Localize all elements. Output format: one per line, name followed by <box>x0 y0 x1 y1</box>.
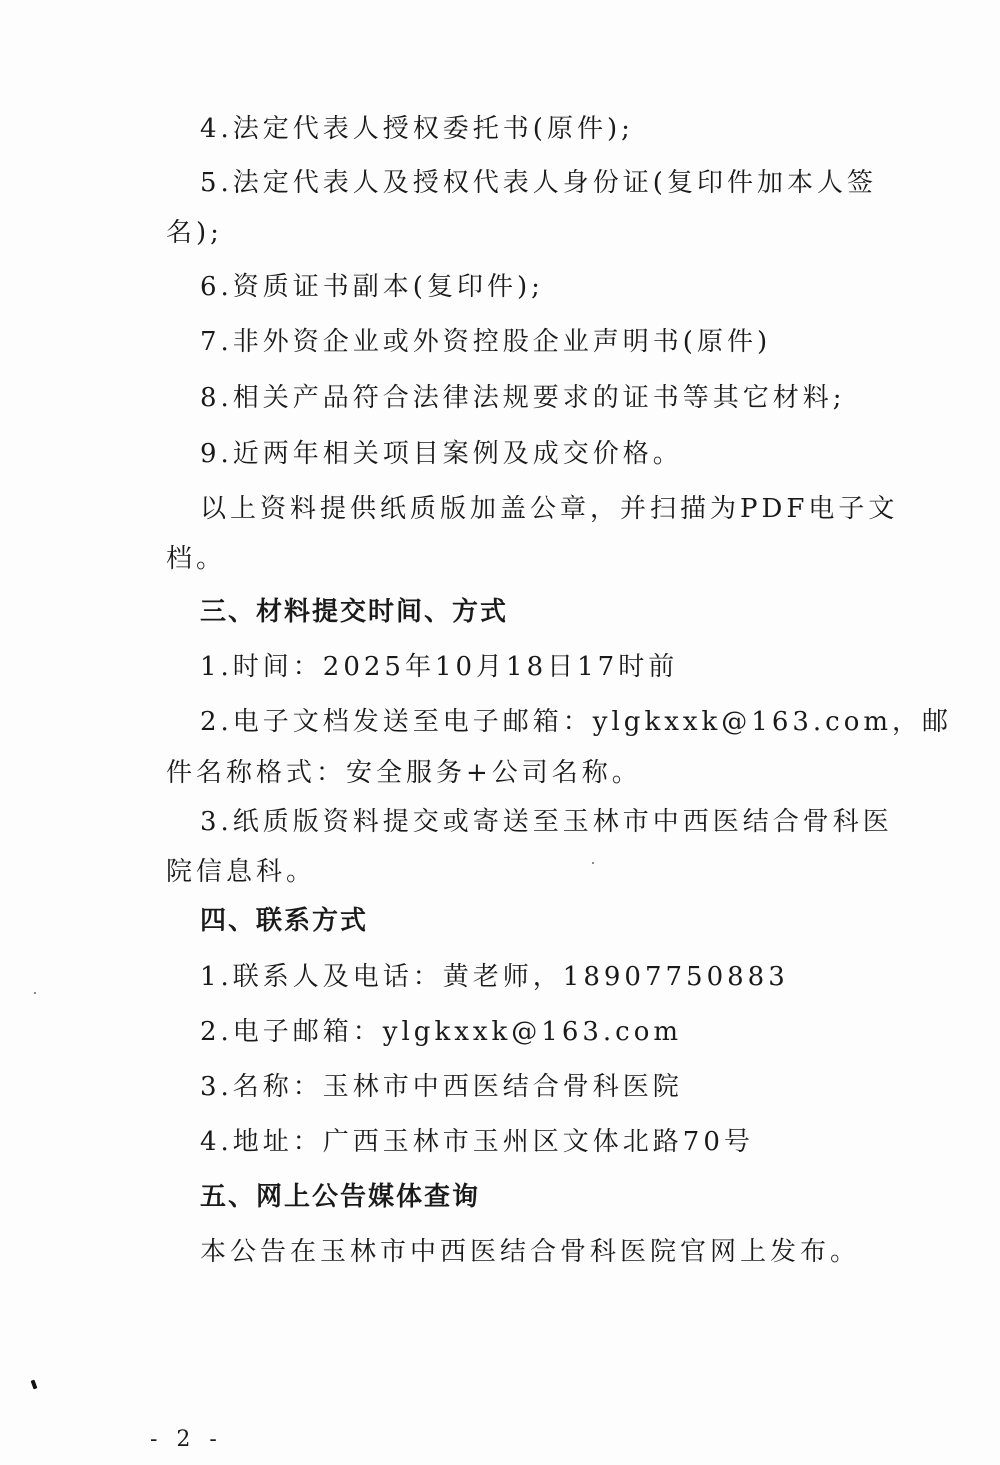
scan-artifact <box>31 1380 38 1390</box>
list-item-8: 8.相关产品符合法律法规要求的证书等其它材料; <box>200 381 846 415</box>
section-3-item-1: 1.时间：2025年10月18日17时前 <box>200 650 678 684</box>
section-4-item-2: 2.电子邮箱：ylgkxxk@163.com <box>200 1015 682 1049</box>
section-3-item-2-cont: 件名称格式：安全服务+公司名称。 <box>166 756 642 790</box>
section-5-body: 本公告在玉林市中西医结合骨科医院官网上发布。 <box>200 1235 860 1269</box>
list-item-5: 5.法定代表人及授权代表人身份证(复印件加本人签 <box>200 166 877 200</box>
section-3-heading: 三、材料提交时间、方式 <box>200 595 508 629</box>
section-4-item-3: 3.名称：玉林市中西医结合骨科医院 <box>200 1070 683 1104</box>
list-item-9: 9.近两年相关项目案例及成交价格。 <box>200 437 683 471</box>
section-3-item-3: 3.纸质版资料提交或寄送至玉林市中西医结合骨科医 <box>200 805 893 839</box>
page-number: - 2 - <box>150 1425 223 1455</box>
note-paragraph: 以上资料提供纸质版加盖公章，并扫描为PDF电子文 <box>200 492 898 526</box>
scan-artifact-dot <box>34 992 36 994</box>
list-item-7: 7.非外资企业或外资控股企业声明书(原件) <box>200 325 771 359</box>
document-page: 4.法定代表人授权委托书(原件); 5.法定代表人及授权代表人身份证(复印件加本… <box>0 0 1000 1465</box>
list-item-5-cont: 名); <box>166 216 223 250</box>
section-5-heading: 五、网上公告媒体查询 <box>200 1180 480 1214</box>
section-3-item-2: 2.电子文档发送至电子邮箱：ylgkxxk@163.com，邮 <box>200 705 952 739</box>
section-4-heading: 四、联系方式 <box>200 904 368 938</box>
section-3-item-3-cont: 院信息科。 <box>166 855 316 889</box>
section-4-item-4: 4.地址：广西玉林市玉州区文体北路70号 <box>200 1125 754 1159</box>
list-item-4: 4.法定代表人授权委托书(原件); <box>200 112 634 146</box>
section-4-item-1: 1.联系人及电话：黄老师，18907750883 <box>200 960 789 994</box>
list-item-6: 6.资质证书副本(复印件); <box>200 270 544 304</box>
note-paragraph-cont: 档。 <box>166 542 226 576</box>
scan-artifact-dot <box>592 862 594 864</box>
